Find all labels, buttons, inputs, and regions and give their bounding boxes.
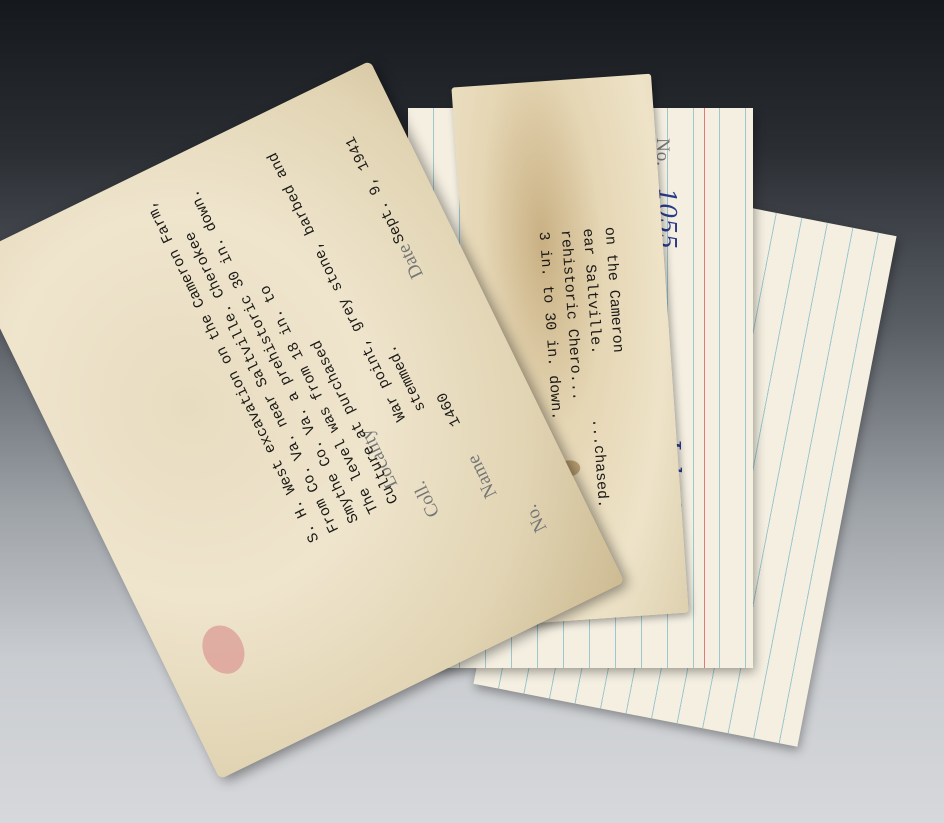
label-no: No. xyxy=(520,501,552,536)
red-margin-line xyxy=(704,108,705,668)
card-date-value: Sept. 9, 1941 xyxy=(341,132,412,247)
label-coll: Coll. xyxy=(409,477,445,520)
card-number: 1460 xyxy=(432,388,468,430)
torn-typed-text: on the Cameron ear Saltville. rehistoric… xyxy=(532,226,633,421)
typed-line: ear Saltville. xyxy=(579,228,605,355)
torn-typed-tail: ...chased. xyxy=(585,418,613,509)
typed-line: on the Cameron xyxy=(601,226,627,353)
label-name: Name xyxy=(463,451,503,501)
red-stain xyxy=(194,618,252,680)
label-date: Date xyxy=(393,240,429,282)
